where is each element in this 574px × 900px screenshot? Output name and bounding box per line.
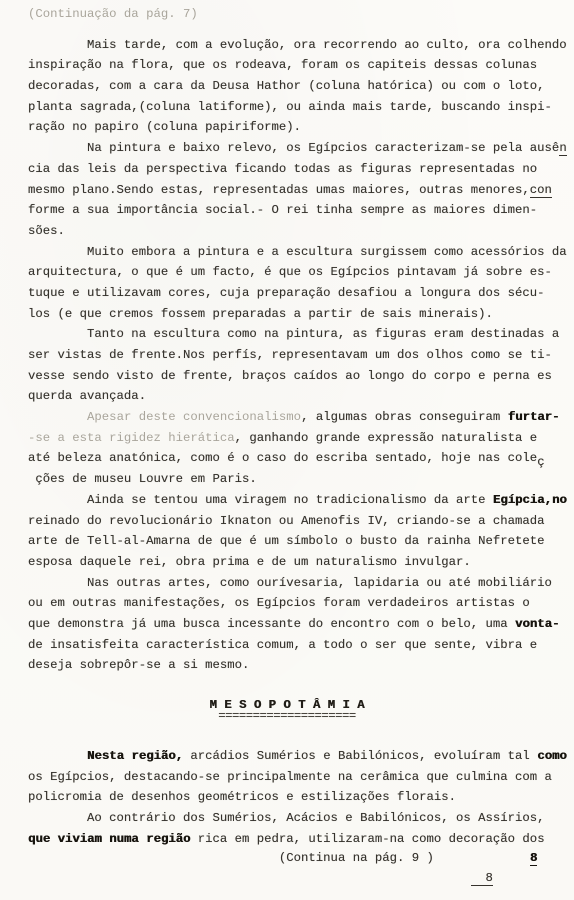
text-segment: -se a esta rigidez hierática [28,431,235,445]
text-segment: Egípcia,no [493,493,567,507]
text-segment: sões. [28,224,65,238]
text-segment: Nas outras artes, como ourívesaria, lapi… [28,576,552,590]
text-line: (Continuação da pág. 7) [28,4,574,25]
text-segment: ração no papiro (coluna papiriforme). [28,120,301,134]
text-line: planta sagrada,(coluna latiforme), ou ai… [28,97,574,118]
text-line: esposa daquele rei, obra prima e de um n… [28,552,574,573]
text-segment [28,410,87,424]
text-line: ções de museu Louvre em Paris. [28,469,574,490]
text-line: forme a sua importância social.- O rei t… [28,200,574,221]
page-number-secondary: 8 [471,871,493,886]
text-segment: tuque e utilizavam cores, cuja preparaçã… [28,286,545,300]
text-line: Ainda se tentou uma viragem no tradicion… [28,490,574,511]
text-segment: (Continuação da pág. 7) [28,7,198,21]
text-segment: , algumas obras conseguiram [301,410,508,424]
text-segment: furtar- [508,410,560,424]
text-segment: arquitectura, o que é um facto, é que os… [28,265,552,279]
text-line: os Egípcios, destacando-se principalment… [28,767,574,788]
text-segment: vonta- [515,617,559,631]
document-body: (Continuação da pág. 7) Mais tarde, com … [28,4,574,888]
text-segment [28,871,471,885]
heading-mesopotamia: M E S O P O T Â M I A===================… [28,698,546,720]
text-segment: arcádios Sumérios e Babilónicos, evoluír… [183,749,537,763]
text-line: Nesta região, arcádios Sumérios e Babiló… [28,746,574,767]
text-segment: Mais tarde, com a evolução, ora recorren… [28,38,567,52]
text-line: 8 [28,869,574,889]
text-segment: esposa daquele rei, obra prima e de um n… [28,555,471,569]
paragraph-outras-artes: Nas outras artes, como ourívesaria, lapi… [28,573,574,676]
text-segment: Apesar deste convencionalismo [87,410,301,424]
text-line: Ao contrário dos Sumérios, Acácios e Bab… [28,808,574,829]
text-segment: n [559,141,566,156]
text-segment: querda avançada. [28,389,146,403]
text-segment: ções de museu Louvre em Paris. [28,472,257,486]
text-segment: ou em outras manifestações, os Egípcios … [28,596,530,610]
text-line: decoradas, com a cara da Deusa Hathor (c… [28,76,574,97]
text-segment: mesmo plano.Sendo estas, representadas u… [28,183,530,197]
text-segment [434,851,530,865]
text-line: Muito embora a pintura e a escultura sur… [28,242,574,263]
text-line: sões. [28,221,574,242]
text-segment: como [537,749,567,763]
text-segment: los (e que cremos fossem preparadas a pa… [28,307,493,321]
paragraph-pintura-escultura: Muito embora a pintura e a escultura sur… [28,242,574,325]
text-line: ser vistas de frente.Nos perfís, represe… [28,345,574,366]
text-line: los (e que cremos fossem preparadas a pa… [28,304,574,325]
text-line: reinado do revolucionário Iknaton ou Ame… [28,511,574,532]
text-segment [28,749,87,763]
text-line: (Continua na pág. 9 ) 8 [28,849,574,869]
text-segment: decoradas, com a cara da Deusa Hathor (c… [28,79,545,93]
text-segment: até beleza anatónica, como é o caso do e… [28,451,537,465]
text-line: querda avançada. [28,386,574,407]
text-line: Nas outras artes, como ourívesaria, lapi… [28,573,574,594]
text-line: deseja sobrepôr-se a si mesmo. [28,655,574,676]
text-line: ração no papiro (coluna papiriforme). [28,117,574,138]
text-line: que viviam numa região rica em pedra, ut… [28,829,574,850]
text-segment: con [530,183,552,198]
text-segment: vesse sendo visto de frente, braços caíd… [28,369,552,383]
text-line: ou em outras manifestações, os Egípcios … [28,593,574,614]
text-line: vesse sendo visto de frente, braços caíd… [28,366,574,387]
footer-block: (Continua na pág. 9 ) 8 8 [28,849,574,888]
text-line: arquitectura, o que é um facto, é que os… [28,262,574,283]
typewritten-page: (Continuação da pág. 7) Mais tarde, com … [0,0,574,900]
text-segment: de insatisfeita característica comum, a … [28,638,537,652]
text-segment: policromia de desenhos geométricos e est… [28,790,456,804]
page-number: 8 [530,851,537,866]
text-segment: ser vistas de frente.Nos perfís, represe… [28,348,552,362]
text-segment: cia das leis da perspectiva ficando toda… [28,162,537,176]
text-segment: Ao contrário dos Sumérios, Acácios e Bab… [28,811,545,825]
text-segment: Tanto na escultura como na pintura, as f… [28,327,559,341]
footer-continuation: (Continua na pág. 9 ) [279,851,434,865]
text-line: Apesar deste convencionalismo, algumas o… [28,407,574,428]
text-segment: , ganhando grande expressão naturalista … [235,431,538,445]
text-segment: deseja sobrepôr-se a si mesmo. [28,658,249,672]
text-segment: que demonstra já uma busca incessante do… [28,617,515,631]
text-line: -se a esta rigidez hierática, ganhando g… [28,428,574,449]
text-segment: arte de Tell-al-Amarna de que é um símbo… [28,534,545,548]
text-line: mesmo plano.Sendo estas, representadas u… [28,180,574,201]
text-line: Na pintura e baixo relevo, os Egípcios c… [28,138,574,159]
text-line: policromia de desenhos geométricos e est… [28,787,574,808]
text-segment: Ainda se tentou uma viragem no tradicion… [28,493,493,507]
text-line: de insatisfeita característica comum, a … [28,635,574,656]
text-segment: rica em pedra, utilizaram-na como decora… [190,832,544,846]
section-heading-underline: ==================== [28,712,546,720]
paragraph-figuras-frente: Tanto na escultura como na pintura, as f… [28,324,574,407]
paragraph-assirios: Ao contrário dos Sumérios, Acácios e Bab… [28,808,574,849]
paragraph-sumerios: Nesta região, arcádios Sumérios e Babiló… [28,746,574,808]
paragraph-amarna: Ainda se tentou uma viragem no tradicion… [28,490,574,573]
text-segment: os Egípcios, destacando-se principalment… [28,770,552,784]
paragraph-capiteis: Mais tarde, com a evolução, ora recorren… [28,35,574,138]
text-line: Mais tarde, com a evolução, ora recorren… [28,35,574,56]
text-line: Tanto na escultura como na pintura, as f… [28,324,574,345]
text-segment: Muito embora a pintura e a escultura sur… [28,245,567,259]
text-segment: que viviam numa região [28,832,190,846]
text-segment [28,851,279,865]
text-segment: planta sagrada,(coluna latiforme), ou ai… [28,100,552,114]
text-line: cia das leis da perspectiva ficando toda… [28,159,574,180]
text-segment: ç [537,455,544,469]
text-line: inspiração na flora, que os rodeava, for… [28,55,574,76]
text-segment: Nesta região, [87,749,183,763]
text-line: até beleza anatónica, como é o caso do e… [28,448,574,469]
text-line: que demonstra já uma busca incessante do… [28,614,574,635]
text-segment: forme a sua importância social.- O rei t… [28,203,537,217]
paragraph-pintura-relevo: Na pintura e baixo relevo, os Egípcios c… [28,138,574,241]
continuation-header: (Continuação da pág. 7) [28,4,574,25]
text-segment: inspiração na flora, que os rodeava, for… [28,58,537,72]
text-line: tuque e utilizavam cores, cuja preparaçã… [28,283,574,304]
text-segment: Na pintura e baixo relevo, os Egípcios c… [28,141,559,155]
text-line: arte de Tell-al-Amarna de que é um símbo… [28,531,574,552]
text-segment: reinado do revolucionário Iknaton ou Ame… [28,514,545,528]
paragraph-convencionalismo: Apesar deste convencionalismo, algumas o… [28,407,574,490]
